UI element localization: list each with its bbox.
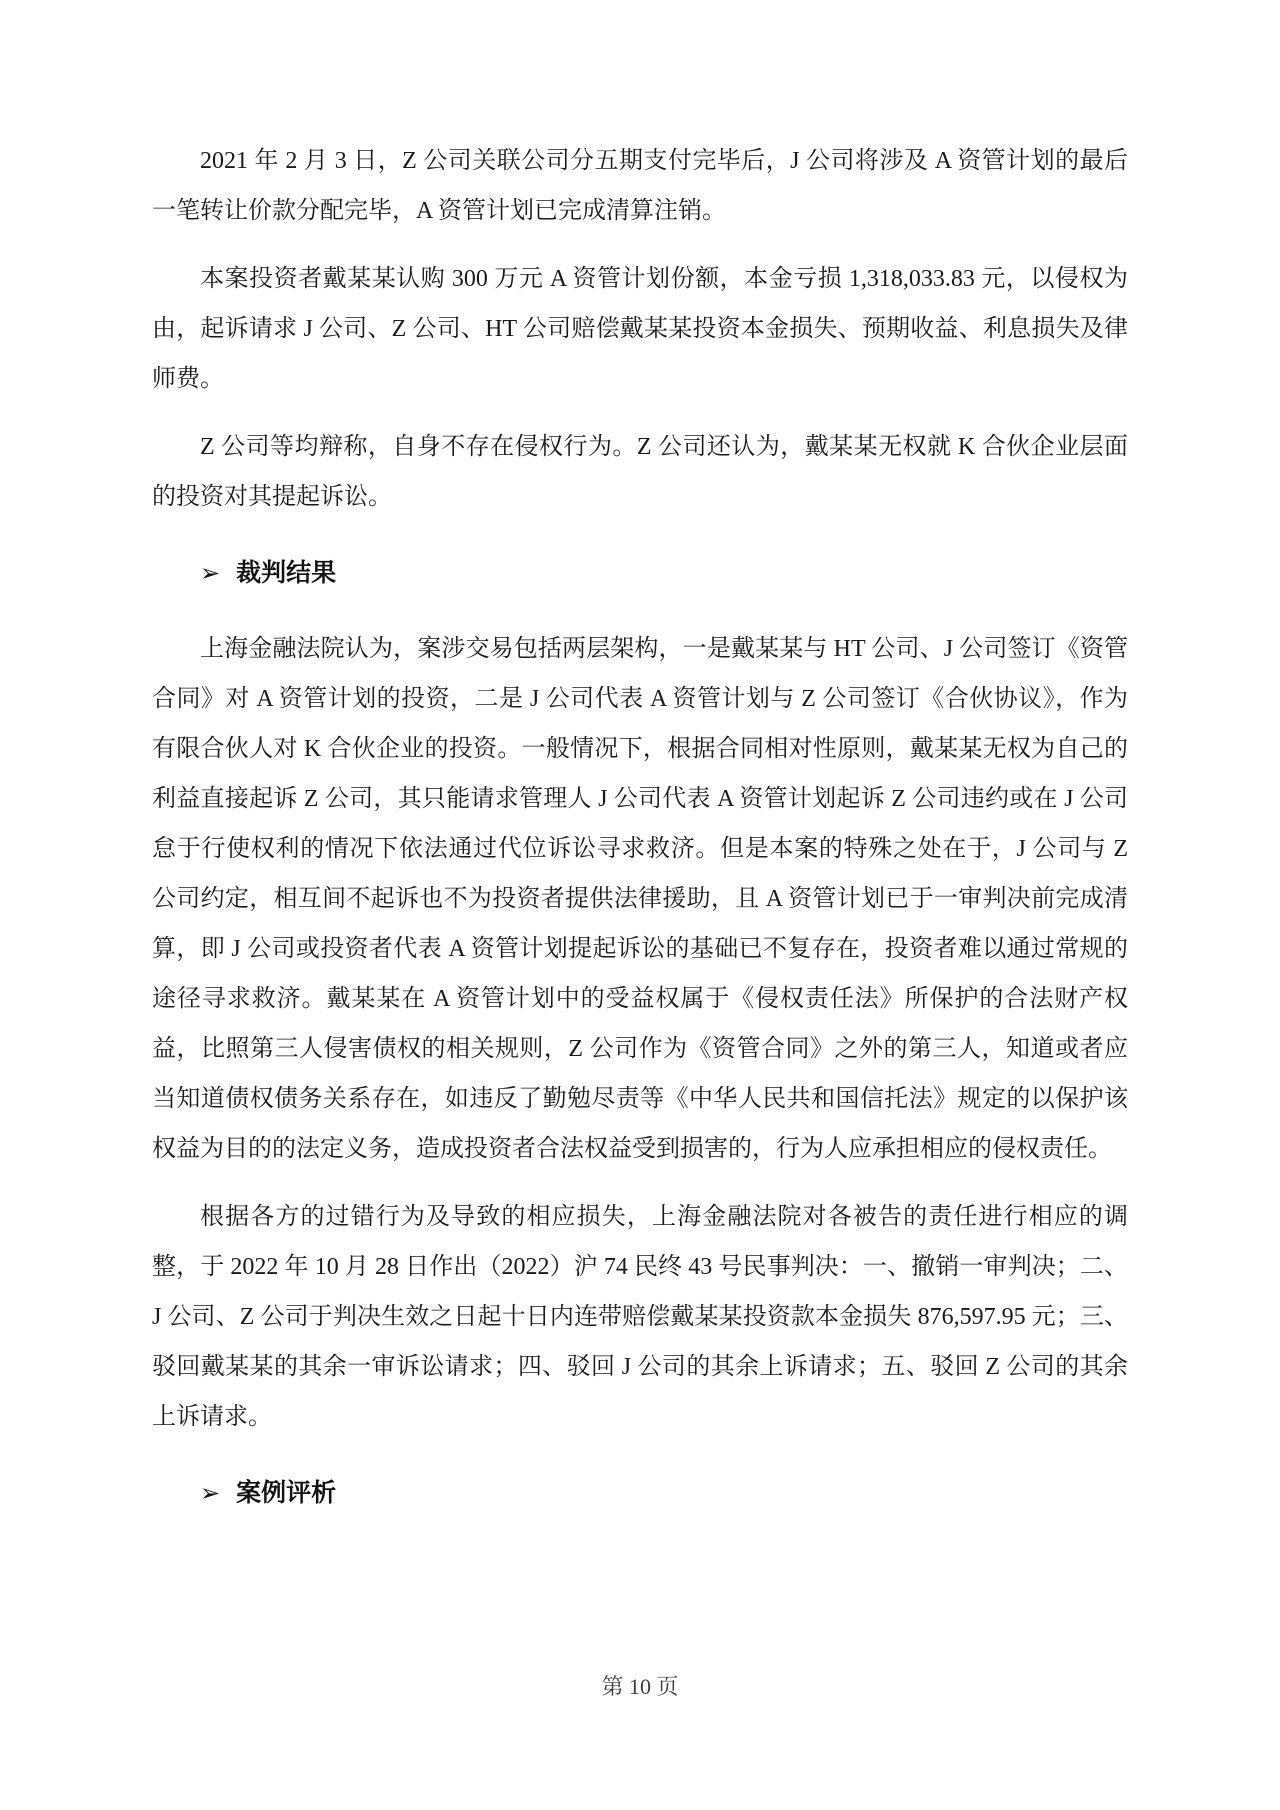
section-heading-analysis-label: 案例评析 xyxy=(236,1468,336,1518)
paragraph-defense-argument: Z 公司等均辩称，自身不存在侵权行为。Z 公司还认为，戴某某无权就 K 合伙企业… xyxy=(152,422,1128,522)
arrow-bullet-icon: ➢ xyxy=(200,548,220,598)
document-page: 2021 年 2 月 3 日，Z 公司关联公司分五期支付完毕后，J 公司将涉及 … xyxy=(0,0,1280,1810)
section-heading-judgment-result: ➢ 裁判结果 xyxy=(152,548,1128,598)
arrow-bullet-icon: ➢ xyxy=(200,1468,220,1518)
paragraph-court-reasoning: 上海金融法院认为，案涉交易包括两层架构，一是戴某某与 HT 公司、J 公司签订《… xyxy=(152,624,1128,1174)
paragraph-investor-claim: 本案投资者戴某某认购 300 万元 A 资管计划份额，本金亏损 1,318,03… xyxy=(152,254,1128,404)
section-heading-judgment-label: 裁判结果 xyxy=(236,548,336,598)
document-body: 2021 年 2 月 3 日，Z 公司关联公司分五期支付完毕后，J 公司将涉及 … xyxy=(152,136,1128,1544)
section-heading-case-analysis: ➢ 案例评析 xyxy=(152,1468,1128,1518)
page-number: 第 10 页 xyxy=(0,1672,1280,1702)
paragraph-liquidation-facts: 2021 年 2 月 3 日，Z 公司关联公司分五期支付完毕后，J 公司将涉及 … xyxy=(152,136,1128,236)
paragraph-judgment-items: 根据各方的过错行为及导致的相应损失，上海金融法院对各被告的责任进行相应的调整，于… xyxy=(152,1192,1128,1442)
